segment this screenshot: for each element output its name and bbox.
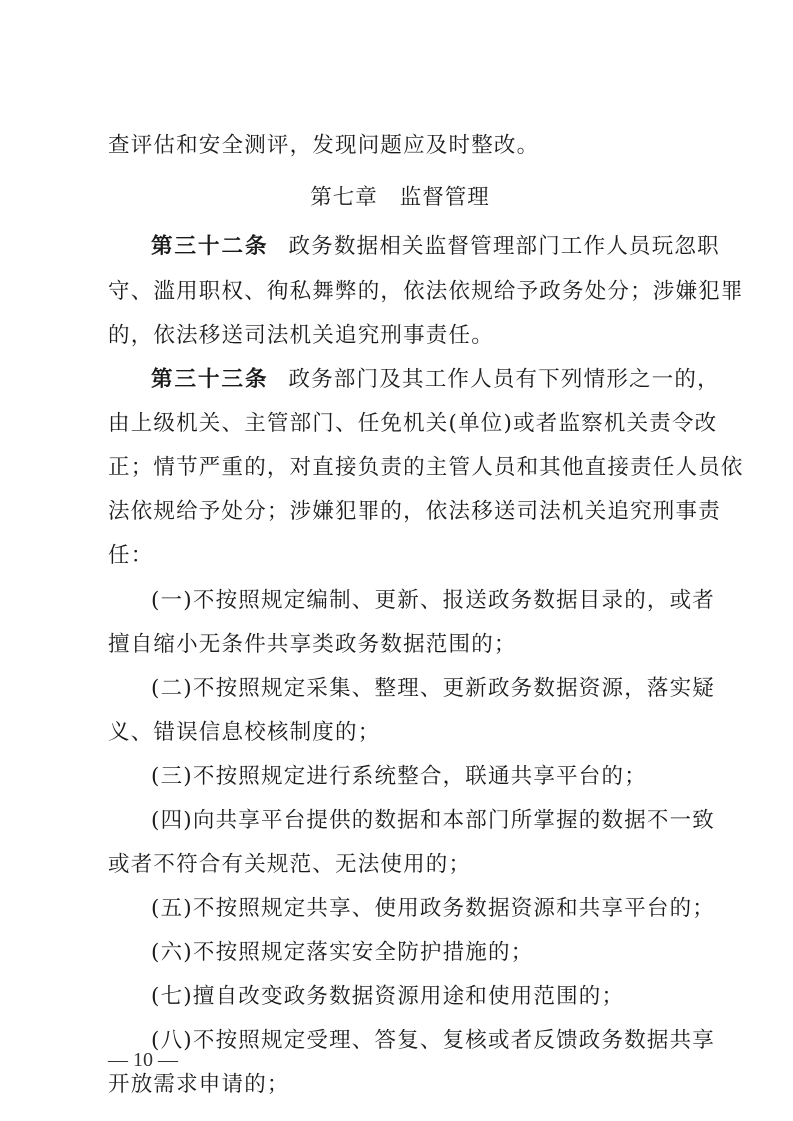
list-item-5: (五)不按照规定共享、使用政务数据资源和共享平台的； (151, 887, 715, 931)
article-33-line-1: 第三十三条政务部门及其工作人员有下列情形之一的， (151, 358, 720, 402)
article-32-line-1: 第三十二条政务数据相关监督管理部门工作人员玩忽职 (151, 225, 720, 269)
article-33-line-4: 法依规给予处分；涉嫌犯罪的，依法移送司法机关追究刑事责 (108, 490, 692, 534)
list-item-2-line-1: (二)不按照规定采集、整理、更新政务数据资源，落实疑 (151, 667, 692, 711)
article-32-text: 政务数据相关监督管理部门工作人员玩忽职 (289, 234, 720, 259)
list-item-6: (六)不按照规定落实安全防护措施的； (151, 931, 533, 975)
article-32-heading: 第三十二条 (151, 234, 269, 259)
article-32-line-2: 守、滥用职权、徇私舞弊的，依法依规给予政务处分；涉嫌犯罪 (108, 270, 692, 314)
chapter-title: 监督管理 (400, 185, 490, 210)
continuation-line: 查评估和安全测评，发现问题应及时整改。 (108, 124, 539, 168)
list-item-label: (七) (151, 984, 193, 1009)
list-item-4-line-2: 或者不符合有关规范、无法使用的； (108, 843, 471, 887)
list-item-7: (七)擅自改变政务数据资源用途和使用范围的； (151, 975, 624, 1019)
list-item-label: (二) (151, 676, 193, 701)
article-33-line-3: 正；情节严重的，对直接负责的主管人员和其他直接责任人员依 (108, 446, 692, 490)
article-32-line-3: 的，依法移送司法机关追究刑事责任。 (108, 314, 494, 358)
list-item-label: (三) (151, 764, 193, 789)
list-item-label: (四) (151, 808, 193, 833)
list-item-2-line-2: 义、错误信息校核制度的； (108, 711, 380, 755)
article-33-line-5: 任： (108, 534, 153, 578)
list-item-1-line-1: (一)不按照规定编制、更新、报送政务数据目录的，或者 (151, 579, 692, 623)
list-item-3: (三)不按照规定进行系统整合，联通共享平台的； (151, 755, 647, 799)
article-33-heading: 第三十三条 (151, 367, 269, 392)
list-item-8-line-1: (八)不按照规定受理、答复、复核或者反馈政务数据共享 (151, 1019, 692, 1063)
list-item-label: (一) (151, 588, 193, 613)
list-item-label: (五) (151, 896, 193, 921)
list-item-label: (六) (151, 940, 193, 965)
chapter-heading: 第七章监督管理 (108, 176, 692, 220)
list-item-4-line-1: (四)向共享平台提供的数据和本部门所掌握的数据不一致 (151, 799, 692, 843)
article-33-line-2: 由上级机关、主管部门、任免机关(单位)或者监察机关责令改 (108, 402, 692, 446)
article-33-text: 政务部门及其工作人员有下列情形之一的， (289, 367, 720, 392)
page-number: — 10 — (108, 1048, 178, 1072)
list-item-1-line-2: 擅自缩小无条件共享类政务数据范围的； (108, 623, 517, 667)
chapter-number: 第七章 (310, 185, 378, 210)
